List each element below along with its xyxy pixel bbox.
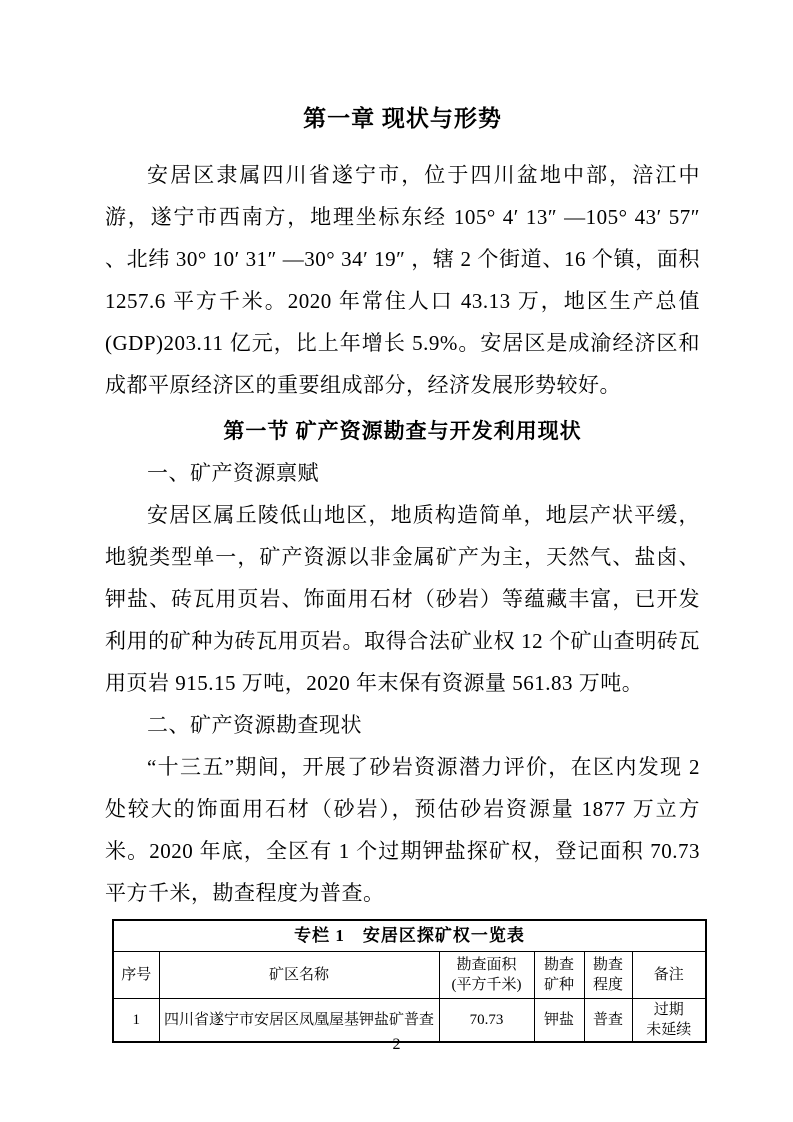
header-勘查矿种: 勘查 矿种 — [534, 952, 584, 999]
resources-paragraph: 安居区属丘陵低山地区，地质构造简单，地层产状平缓，地貌类型单一，矿产资源以非金属… — [105, 494, 700, 704]
page-number: 2 — [0, 1036, 793, 1054]
header-勘查程度: 勘查 程度 — [584, 952, 632, 999]
subsection-1-heading: 一、矿产资源禀赋 — [105, 452, 700, 494]
intro-paragraph: 安居区隶属四川省遂宁市，位于四川盆地中部，涪江中游，遂宁市西南方，地理坐标东经 … — [105, 154, 700, 406]
header-序号: 序号 — [113, 952, 159, 999]
header-矿区名称: 矿区名称 — [159, 952, 439, 999]
table-header-row: 序号 矿区名称 勘查面积 (平方千米) 勘查 矿种 勘查 程度 备注 — [113, 952, 706, 999]
chapter-title: 第一章 现状与形势 — [105, 100, 700, 138]
survey-paragraph: “十三五”期间，开展了砂岩资源潜力评价，在区内发现 2 处较大的饰面用石材（砂岩… — [105, 746, 700, 914]
section-title: 第一节 矿产资源勘查与开发利用现状 — [105, 410, 700, 452]
table-title: 专栏 1 安居区探矿权一览表 — [113, 920, 706, 952]
table-title-row: 专栏 1 安居区探矿权一览表 — [113, 920, 706, 952]
header-勘查面积: 勘查面积 (平方千米) — [439, 952, 534, 999]
subsection-2-heading: 二、矿产资源勘查现状 — [105, 704, 700, 746]
exploration-rights-table: 专栏 1 安居区探矿权一览表 序号 矿区名称 勘查面积 (平方千米) 勘查 矿种… — [112, 919, 707, 1043]
document-page: 第一章 现状与形势 安居区隶属四川省遂宁市，位于四川盆地中部，涪江中游，遂宁市西… — [0, 0, 793, 1122]
header-备注: 备注 — [632, 952, 706, 999]
